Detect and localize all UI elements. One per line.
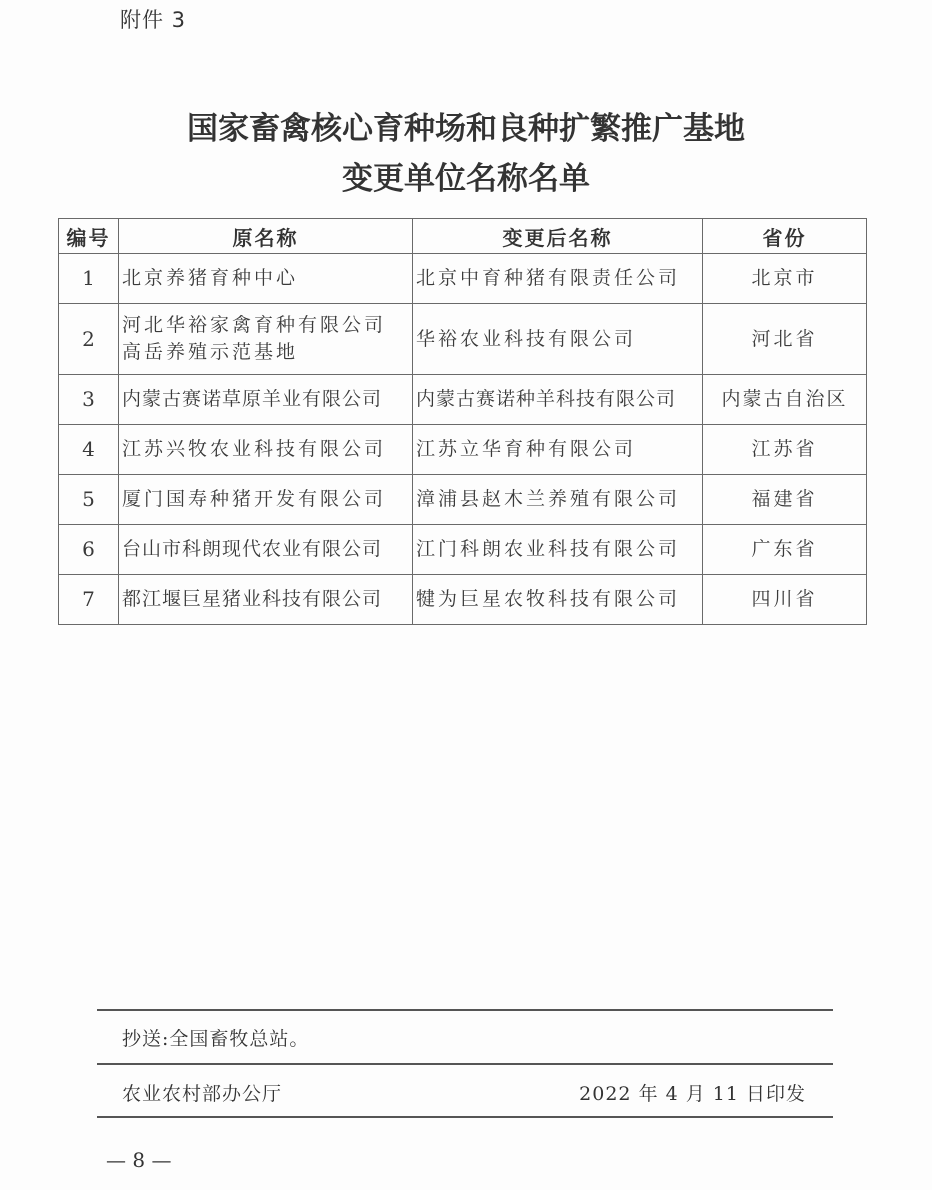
cell-new-name: 华裕农业科技有限公司 (413, 304, 703, 375)
cell-no: 3 (59, 375, 119, 425)
cell-new-name: 江门科朗农业科技有限公司 (413, 525, 703, 575)
cell-province: 四川省 (703, 575, 867, 625)
cell-original-name: 河北华裕家禽育种有限公司 高岳养殖示范基地 (119, 304, 413, 375)
cell-original-name: 都江堰巨星猪业科技有限公司 (119, 575, 413, 625)
table-row: 5 厦门国寿种猪开发有限公司 漳浦县赵木兰养殖有限公司 福建省 (59, 475, 867, 525)
cell-original-name: 北京养猪育种中心 (119, 254, 413, 304)
cell-new-name: 北京中育种猪有限责任公司 (413, 254, 703, 304)
table-row: 3 内蒙古赛诺草原羊业有限公司 内蒙古赛诺种羊科技有限公司 内蒙古自治区 (59, 375, 867, 425)
cell-province: 河北省 (703, 304, 867, 375)
cell-original-name: 内蒙古赛诺草原羊业有限公司 (119, 375, 413, 425)
cell-no: 5 (59, 475, 119, 525)
document-title: 国家畜禽核心育种场和良种扩繁推广基地 变更单位名称名单 (0, 104, 932, 204)
original-name-line-2: 高岳养殖示范基地 (122, 339, 412, 366)
issue-date-text: 2022 年 4 月 11 日印发 (579, 1079, 806, 1106)
footer-divider-bottom (97, 1116, 833, 1118)
table-row: 6 台山市科朗现代农业有限公司 江门科朗农业科技有限公司 广东省 (59, 525, 867, 575)
cell-province: 福建省 (703, 475, 867, 525)
cell-original-name: 厦门国寿种猪开发有限公司 (119, 475, 413, 525)
cell-new-name: 江苏立华育种有限公司 (413, 425, 703, 475)
attachment-label: 附件 3 (120, 4, 186, 34)
cell-no: 4 (59, 425, 119, 475)
cell-original-name: 台山市科朗现代农业有限公司 (119, 525, 413, 575)
cell-new-name: 内蒙古赛诺种羊科技有限公司 (413, 375, 703, 425)
title-line-2: 变更单位名称名单 (0, 154, 932, 204)
original-name-line-1: 河北华裕家禽育种有限公司 (122, 312, 412, 339)
cell-province: 内蒙古自治区 (703, 375, 867, 425)
table-row: 4 江苏兴牧农业科技有限公司 江苏立华育种有限公司 江苏省 (59, 425, 867, 475)
cell-new-name: 犍为巨星农牧科技有限公司 (413, 575, 703, 625)
footer-divider-top (97, 1009, 833, 1011)
table-row: 7 都江堰巨星猪业科技有限公司 犍为巨星农牧科技有限公司 四川省 (59, 575, 867, 625)
cell-no: 7 (59, 575, 119, 625)
cell-new-name: 漳浦县赵木兰养殖有限公司 (413, 475, 703, 525)
cell-province: 江苏省 (703, 425, 867, 475)
title-line-1: 国家畜禽核心育种场和良种扩繁推广基地 (0, 104, 932, 154)
name-change-table: 编号 原名称 变更后名称 省份 1 北京养猪育种中心 北京中育种猪有限责任公司 … (58, 218, 867, 625)
table-row: 1 北京养猪育种中心 北京中育种猪有限责任公司 北京市 (59, 254, 867, 304)
cell-province: 北京市 (703, 254, 867, 304)
issuer-text: 农业农村部办公厅 (122, 1079, 282, 1106)
cell-original-name: 江苏兴牧农业科技有限公司 (119, 425, 413, 475)
header-original-name: 原名称 (119, 219, 413, 254)
table-row: 2 河北华裕家禽育种有限公司 高岳养殖示范基地 华裕农业科技有限公司 河北省 (59, 304, 867, 375)
cell-no: 1 (59, 254, 119, 304)
cell-no: 6 (59, 525, 119, 575)
table-header-row: 编号 原名称 变更后名称 省份 (59, 219, 867, 254)
cell-province: 广东省 (703, 525, 867, 575)
header-no: 编号 (59, 219, 119, 254)
cell-no: 2 (59, 304, 119, 375)
header-new-name: 变更后名称 (413, 219, 703, 254)
header-province: 省份 (703, 219, 867, 254)
footer-divider-middle (97, 1063, 833, 1065)
page-number: — 8 — (106, 1148, 171, 1172)
cc-text: 抄送:全国畜牧总站。 (122, 1024, 309, 1051)
